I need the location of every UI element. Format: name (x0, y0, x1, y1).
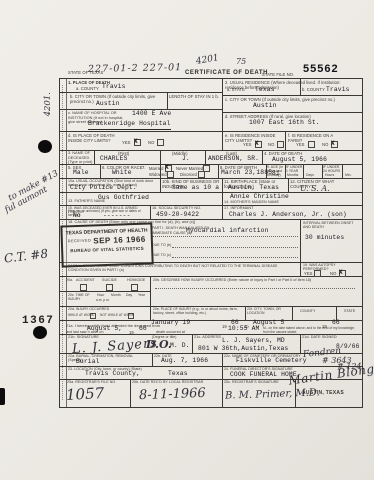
scan-edge-mark (0, 388, 5, 405)
rule (342, 164, 343, 178)
rule (300, 334, 301, 353)
last-seen-value: August 5, (87, 326, 122, 333)
degree-value: M. D. (170, 343, 190, 350)
rule (59, 92, 222, 93)
accident-label: ACCIDENT (76, 278, 95, 282)
rule (336, 306, 337, 320)
time-of-injury-label: 20c. TIME OF INJURY (68, 293, 94, 301)
punch-hole (33, 326, 47, 339)
handwritten-degree: D.O. (146, 339, 172, 350)
county-value: Travis (102, 84, 126, 91)
ssn-label: 16. SOCIAL SECURITY NO. (152, 206, 201, 211)
widowed-label: Widowed (149, 172, 167, 177)
checkbox-no (157, 139, 164, 146)
rule (285, 131, 286, 150)
state-value: Texas (255, 87, 275, 94)
rule (59, 291, 150, 292)
margin-stamped-number: 1367 (22, 315, 54, 327)
rule (100, 164, 101, 178)
rule (292, 306, 293, 320)
informant-value: Charles J. Anderson, Jr. (son) (229, 212, 347, 219)
rule (245, 306, 246, 320)
residence-county-value: Travis (326, 87, 350, 94)
rule (59, 150, 363, 151)
interval-label: INTERVAL BETWEEN ONSET AND DEATH (303, 221, 359, 230)
marital-item-number: 7. (142, 165, 146, 170)
registrar-file-no-value: 1057 (66, 386, 105, 403)
injury-20a-label: 20a. (66, 278, 73, 282)
injury-county-label: COUNTY (300, 309, 315, 313)
rule (59, 78, 363, 79)
address-label: 21c. ADDRESS (194, 335, 221, 340)
certify-text-3: death occurred at (156, 330, 185, 334)
department-of-health-stamp: TEXAS DEPARTMENT OF HEALTH RECEIVEDSEP 1… (60, 222, 153, 267)
stamp-received-label: RECEIVED (68, 239, 92, 244)
first-name-value: CHARLES (100, 156, 128, 163)
registrar-signature-label: 25c. REGISTRAR'S SIGNATURE (224, 380, 279, 384)
physician-address-1: L. J. Sayers, MD (222, 338, 285, 345)
checkbox-suicide (106, 284, 113, 291)
rule (222, 366, 223, 379)
yes-label: YES (122, 140, 131, 145)
min-label: Min. (345, 173, 352, 177)
rule (150, 276, 151, 320)
days-label: Days (306, 173, 314, 177)
state-file-number: 55562 (303, 64, 339, 75)
no-label: NO (322, 142, 328, 147)
ssn-value: 459-20-9422 (156, 212, 199, 219)
date-received-label: 25b. DATE REC'D BY LOCAL REGISTRAR (132, 380, 203, 384)
funeral-home-city: AUSTIN, TEXAS (302, 390, 344, 396)
location-value-2: Texas (168, 371, 188, 378)
race-value: White (112, 170, 132, 177)
form-title: CERTIFICATE OF DEATH (185, 70, 268, 76)
year-label: Year (138, 293, 145, 297)
rule (152, 353, 153, 366)
state-label: a. STATE (227, 87, 245, 92)
location-value-1: Travis County, (85, 371, 140, 378)
entry-line (155, 288, 355, 289)
punch-hole (38, 140, 52, 153)
due-to-b-label: DUE TO (b) (152, 243, 171, 247)
rule (192, 334, 193, 353)
yes-label: YES (296, 142, 305, 147)
rule (362, 78, 363, 407)
rule (303, 164, 304, 178)
no-label: NO (148, 140, 154, 145)
last-name-value: ANDERSON, SR. (208, 156, 259, 163)
day-label: Day (126, 293, 132, 297)
interval-value: 30 minutes (305, 235, 344, 242)
homicide-label: HOMICIDE (127, 278, 145, 282)
checkbox-not-while-at-work (128, 313, 134, 319)
residence-county-label: b. COUNTY (302, 87, 325, 92)
rule (288, 178, 289, 192)
part2-label: PART II. OTHER SIGNIFICANT CONDITIONS CO… (68, 264, 296, 273)
name-of-deceased-label: 3. NAME OF DECEASED (Type or print) (68, 151, 94, 165)
rule (167, 92, 168, 109)
injury-state-label: STATE (344, 309, 355, 313)
signature-label: 21b. SIGNATURE (68, 335, 99, 340)
checkbox-divorced (198, 171, 205, 178)
hospital-street-value: 1400 E Ave (132, 111, 171, 118)
checkbox-accident (80, 284, 87, 291)
rule (150, 205, 151, 219)
describe-injury-label: 20b. DESCRIBE HOW INJURY OCCURRED (Enter… (153, 278, 311, 282)
due-to-c-label: DUE TO (c) (152, 253, 171, 257)
burial-date-value: Aug. 7, 1966 (161, 358, 208, 365)
death-city-limits-label: d. IS PLACE OF DEATH INSIDE CITY LIMITS? (68, 133, 116, 143)
checkbox-homicide (131, 284, 138, 291)
armed-forces-value: No (73, 213, 81, 220)
rule (222, 379, 223, 407)
date-signed-label: 21d. DATE SIGNED (302, 335, 337, 340)
city-value: Austin (96, 101, 120, 108)
handwritten-number-top: 4201 (195, 54, 219, 67)
no-label: NO (268, 142, 274, 147)
last-seen-year: 66 (139, 326, 147, 333)
checkbox-while-at-work (90, 313, 96, 319)
checkbox-autopsy-yes (314, 270, 321, 277)
scanned-death-certificate: 4201. to make #13 ful aumont C.T. #8 136… (0, 0, 374, 480)
yes-label: YES (304, 271, 313, 276)
rule (222, 112, 362, 113)
married-label: Married (149, 166, 164, 171)
rule (222, 205, 223, 219)
rule (59, 78, 60, 407)
rule (160, 178, 161, 192)
handwritten-file-codes: 227-01-2 227-01 (88, 63, 182, 74)
armed-forces-dash: ------- (103, 213, 131, 220)
fathers-name-value: Gus Gothfried (98, 195, 149, 202)
informant-label: 17. INFORMANT (224, 206, 254, 211)
checkbox-widowed (167, 171, 174, 178)
sex-value: Male (73, 170, 89, 177)
birthplace-value: Austin, Texas (228, 185, 279, 192)
rule (222, 178, 223, 192)
divorced-label: Divorced (180, 172, 197, 177)
industry-value: Same as 10 a (172, 185, 219, 192)
handwritten-number-top2: 75 (236, 58, 246, 66)
checkbox-mark: X (255, 141, 259, 147)
date-received-value: 8-11-1966 (139, 387, 206, 402)
place-of-injury-label: 20e. PLACE OF INJURY (e.g., in or about … (153, 307, 243, 315)
rule (262, 150, 263, 164)
rule (300, 219, 301, 276)
months-label: Months (287, 173, 298, 177)
physician-address-2: 801 W 36th,Austin,Texas (198, 346, 288, 353)
rule (130, 379, 131, 407)
certify-text-4: M., on the date stated above; and to the… (263, 327, 359, 335)
rule (205, 150, 206, 164)
suicide-label: SUICIDE (102, 278, 117, 282)
rule (59, 320, 363, 321)
middle-name-value: J. (182, 156, 190, 163)
checkbox-mark: X (331, 141, 335, 147)
rule (222, 95, 362, 96)
rule (94, 150, 95, 164)
state-file-no-label: STATE FILE NO. (262, 72, 294, 77)
mothers-maiden-name-value: Annie Christine (230, 194, 289, 201)
entry-line (172, 257, 298, 258)
attended-from-value: January 19 (151, 320, 190, 327)
entry-line (152, 236, 298, 237)
date-of-birth-value: March 23,1885 (221, 170, 272, 177)
length-of-stay-label: LENGTH OF STAY IN 1 b. (169, 94, 219, 99)
residence-city-label: c. CITY OR TOWN (If outside city limits,… (225, 97, 335, 102)
hour-label: Hour (97, 293, 105, 297)
month-label: Month (111, 293, 121, 297)
entry-line (172, 247, 298, 248)
rule (59, 131, 363, 132)
usual-occupation-value: City Police Dept. (70, 185, 137, 192)
injury-occurred-label: 20d. INJURY OCCURRED (68, 307, 112, 311)
checkbox-no (277, 141, 284, 148)
county-label: a. COUNTY (76, 86, 99, 91)
printed-19: 19 (222, 324, 227, 329)
residence-city-value: Austin (253, 103, 277, 110)
cemetery-value: Fiskville Cemetery (236, 358, 307, 365)
yes-label: YES (243, 142, 252, 147)
rule (222, 192, 223, 205)
citizen-value-handwritten: U. S. A. (300, 185, 330, 193)
checkbox-mark: X (339, 270, 343, 276)
if-under-24-hours-label: IF UNDER 24 HOURS (323, 165, 341, 173)
hours-label: Hours (325, 173, 334, 177)
date-of-death-value: August 5, 1966 (272, 157, 327, 164)
street-address-value: 1007 East 16th St. (249, 120, 320, 127)
rule (218, 164, 219, 178)
printed-19: 19 (129, 330, 134, 335)
rule (160, 150, 161, 164)
no-label: NO (330, 271, 336, 276)
margin-handwritten-ct: C.T. #8 (3, 247, 48, 264)
immediate-cause-value: Myocardial infarction (186, 228, 269, 235)
burial-value: Burial (76, 359, 100, 366)
margin-handwritten-number: 4201. (44, 92, 53, 116)
ampm-label: a.m. p.m. (96, 299, 110, 303)
checkbox-mark: X (134, 139, 138, 145)
rule (222, 353, 223, 366)
age-value: 81 (272, 171, 280, 178)
if-under-1-year-label: IF UNDER 1 YEAR (286, 165, 303, 173)
rule (59, 407, 363, 408)
hospital-name-value: Brackenridge Hospital (88, 121, 171, 130)
checkbox-yes (308, 141, 315, 148)
time-of-death-value: 10:55 AM (228, 326, 259, 333)
injury-city-label: 20f. CITY, TOWN, OR LOCATION (247, 307, 291, 315)
rule (222, 78, 223, 150)
